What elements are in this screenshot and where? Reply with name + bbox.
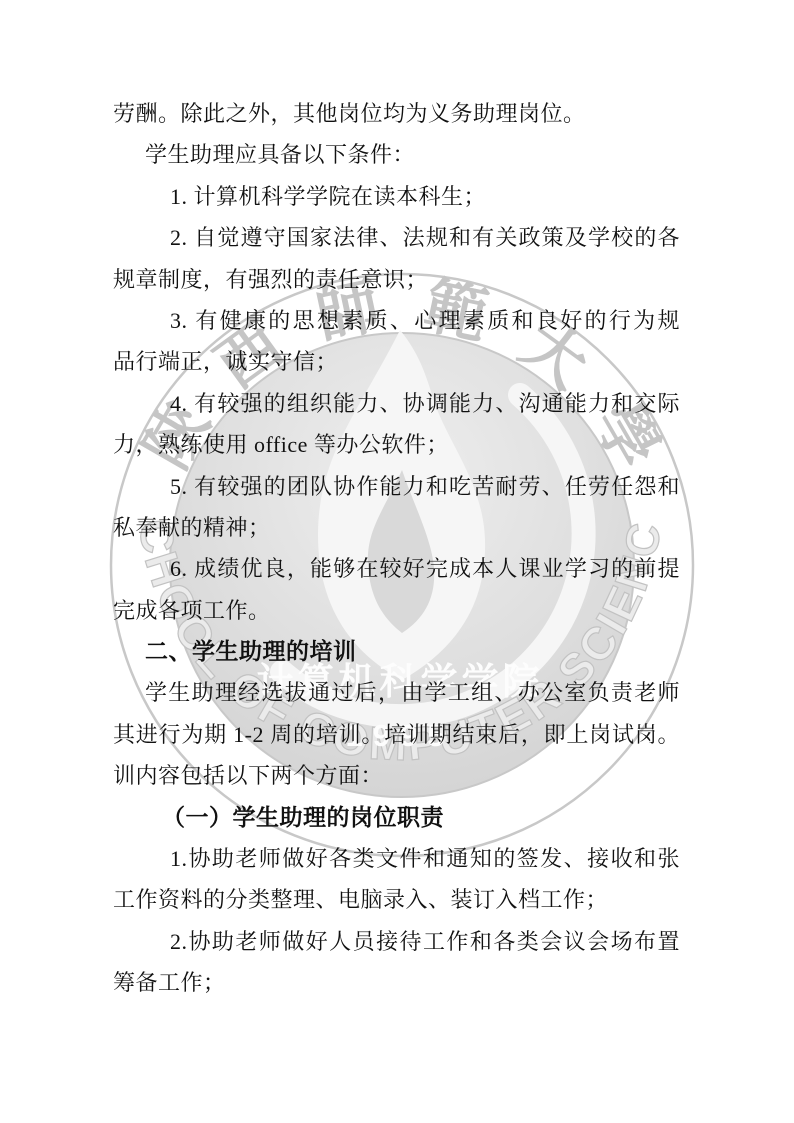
document-line: 3. 有健康的思想素质、心理素质和良好的行为规范， (170, 300, 680, 341)
document-line: 私奉献的精神； (113, 507, 680, 548)
document-line: 完成各项工作。 (113, 590, 680, 631)
document-line: 品行端正，诚实守信； (113, 341, 680, 382)
document-line: 6. 成绩优良，能够在较好完成本人课业学习的前提下 (170, 548, 680, 589)
document-line: 训内容包括以下两个方面： (113, 755, 680, 796)
document-line: 劳酬。除此之外，其他岗位均为义务助理岗位。 (113, 93, 680, 134)
document-line: 4. 有较强的组织能力、协调能力、沟通能力和交际能 (170, 383, 680, 424)
document-line: 规章制度，有强烈的责任意识； (113, 259, 680, 300)
document-line: 筹备工作； (113, 962, 680, 1003)
document-line: 力，熟练使用 office 等办公软件； (113, 424, 680, 465)
document-line: 5. 有较强的团队协作能力和吃苦耐劳、任劳任怨和无 (170, 466, 680, 507)
document-line: 1.协助老师做好各类文件和通知的签发、接收和张贴， (170, 838, 680, 879)
document-line: （一）学生助理的岗位职责 (162, 797, 680, 838)
document-line: 1. 计算机科学学院在读本科生； (170, 176, 680, 217)
document-line: 2.协助老师做好人员接待工作和各类会议会场布置与 (170, 921, 680, 962)
document-line: 学生助理应具备以下条件： (145, 134, 680, 175)
document-body: 劳酬。除此之外，其他岗位均为义务助理岗位。学生助理应具备以下条件：1. 计算机科… (113, 93, 680, 1004)
document-line: 二、学生助理的培训 (145, 631, 680, 672)
document-line: 工作资料的分类整理、电脑录入、装订入档工作； (113, 879, 680, 920)
document-lines: 劳酬。除此之外，其他岗位均为义务助理岗位。学生助理应具备以下条件：1. 计算机科… (113, 93, 680, 1004)
document-line: 学生助理经选拔通过后，由学工组、办公室负责老师对 (145, 672, 680, 713)
document-line: 2. 自觉遵守国家法律、法规和有关政策及学校的各项 (170, 217, 680, 258)
document-page: 陝 西 師 範 大 學 SCHOOL OF COMPUTER SCIENCE 计… (0, 0, 794, 1123)
document-line: 其进行为期 1-2 周的培训。培训期结束后，即上岗试岗。培 (113, 714, 680, 755)
